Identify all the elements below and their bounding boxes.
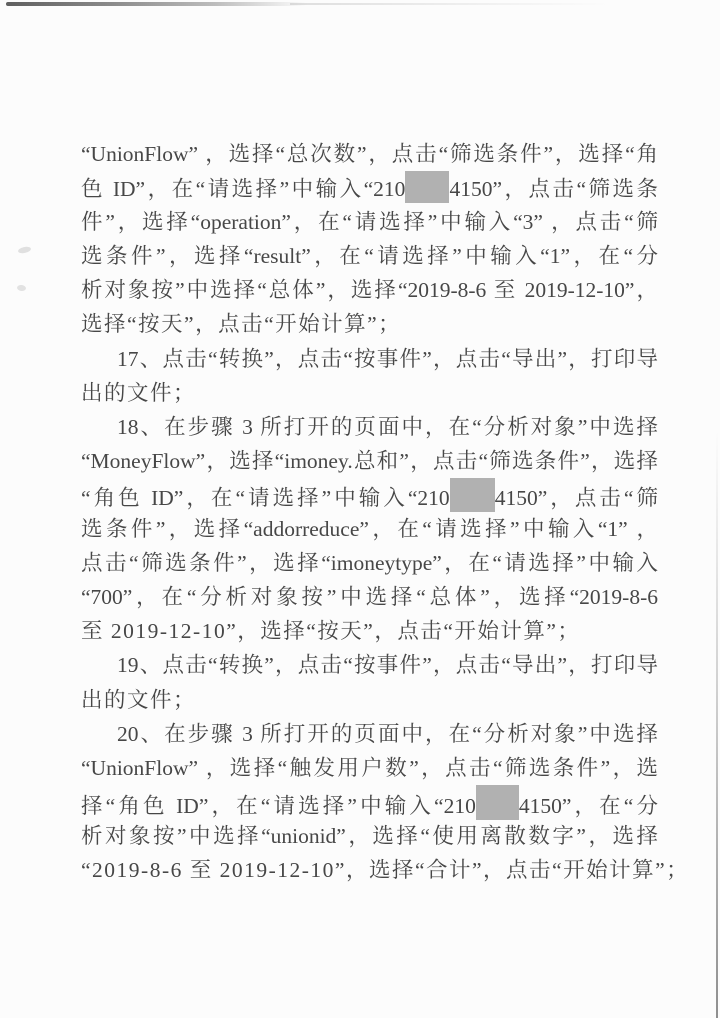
text-line: 出的文件； (81, 683, 658, 717)
text-segment: 择“角色 ID”，在“请选择”中输入“210 (81, 794, 476, 818)
text-segment: “MoneyFlow”，选择“imoney.总和”，点击“筛选条件”，选择 (81, 449, 658, 473)
text-line: “MoneyFlow”，选择“imoney.总和”，点击“筛选条件”，选择 (81, 444, 658, 478)
text-line: 至 2019-12-10”，选择“按天”，点击“开始计算”； (81, 614, 658, 648)
text-segment: 4150”，在“分 (519, 794, 658, 818)
text-line: 17、点击“转换”，点击“按事件”，点击“导出”，打印导 (81, 342, 658, 376)
paper-speck (17, 284, 27, 291)
scanner-edge-artifact-top (6, 2, 306, 6)
text-line: 出的文件； (81, 376, 658, 410)
text-line: “UnionFlow” ，选择“触发用户数”，点击“筛选条件”，选 (81, 751, 658, 785)
text-line: 析对象按”中选择“总体”，选择“2019-8-6 至 2019-12-10”， (81, 273, 658, 307)
text-line: 点击“筛选条件”，选择“imoneytype”，在“请选择”中输入 (81, 546, 658, 580)
text-line: 20、在步骤 3 所打开的页面中，在“分析对象”中选择 (81, 717, 658, 751)
text-segment: 选条件”，选择“addorreduce”，在“请选择”中输入“1” ， (81, 517, 658, 541)
paper-speck (18, 246, 32, 255)
text-line: “角色 ID”，在“请选择”中输入“2104150”，点击“筛 (81, 478, 658, 512)
text-segment: 色 ID”，在“请选择”中输入“210 (81, 177, 405, 201)
text-segment: 17、点击“转换”，点击“按事件”，点击“导出”，打印导 (117, 347, 658, 371)
text-line: 件”，选择“operation”，在“请选择”中输入“3” ，点击“筛 (81, 205, 658, 239)
text-segment: 4150”，点击“筛选条 (449, 177, 658, 201)
text-block: “UnionFlow” ，选择“总次数”，点击“筛选条件”，选择“角色 ID”，… (81, 137, 658, 887)
text-segment: 至 2019-12-10”，选择“按天”，点击“开始计算”； (81, 619, 580, 643)
redaction-box (450, 478, 495, 512)
text-segment: “角色 ID”，在“请选择”中输入“210 (81, 486, 450, 510)
text-line: 色 ID”，在“请选择”中输入“2104150”，点击“筛选条 (81, 171, 658, 205)
scanner-edge-artifact-right (716, 430, 718, 1018)
text-segment: “700”，在“分析对象按”中选择“总体”，选择“2019-8-6 (81, 585, 658, 609)
text-segment: “2019-8-6 至 2019-12-10”，选择“合计”，点击“开始计算”； (81, 858, 689, 882)
text-segment: 件”，选择“operation”，在“请选择”中输入“3” ，点击“筛 (81, 210, 658, 234)
text-segment: 析对象按”中选择“总体”，选择“2019-8-6 至 2019-12-10”， (81, 278, 658, 302)
redaction-box (476, 785, 519, 820)
text-line: 选条件”，选择“addorreduce”，在“请选择”中输入“1” ， (81, 512, 658, 546)
text-segment: 选条件”，选择“result”，在“请选择”中输入“1”，在“分 (81, 244, 658, 268)
text-line: 析对象按”中选择“unionid”，选择“使用离散数字”，选择 (81, 819, 658, 853)
text-segment: 出的文件； (81, 688, 196, 712)
text-line: 选条件”，选择“result”，在“请选择”中输入“1”，在“分 (81, 239, 658, 273)
text-segment: 20、在步骤 3 所打开的页面中，在“分析对象”中选择 (117, 722, 658, 746)
scanner-edge-artifact-top-faint (290, 3, 610, 5)
text-segment: 点击“筛选条件”，选择“imoneytype”，在“请选择”中输入 (81, 551, 658, 575)
text-segment: 18、在步骤 3 所打开的页面中，在“分析对象”中选择 (117, 415, 658, 439)
text-segment: “UnionFlow” ，选择“总次数”，点击“筛选条件”，选择“角 (81, 142, 658, 166)
text-line: “UnionFlow” ，选择“总次数”，点击“筛选条件”，选择“角 (81, 137, 658, 171)
text-segment: 析对象按”中选择“unionid”，选择“使用离散数字”，选择 (81, 824, 658, 848)
text-segment: 出的文件； (81, 381, 196, 405)
text-line: “700”，在“分析对象按”中选择“总体”，选择“2019-8-6 (81, 580, 658, 614)
text-line: “2019-8-6 至 2019-12-10”，选择“合计”，点击“开始计算”； (81, 853, 658, 887)
redaction-box (405, 171, 449, 203)
text-segment: “UnionFlow” ，选择“触发用户数”，点击“筛选条件”，选 (81, 756, 658, 780)
text-line: 择“角色 ID”，在“请选择”中输入“2104150”，在“分 (81, 785, 658, 819)
text-segment: 4150”，点击“筛 (495, 486, 658, 510)
text-segment: 选择“按天”，点击“开始计算”； (81, 312, 401, 336)
text-line: 19、点击“转换”，点击“按事件”，点击“导出”，打印导 (81, 648, 658, 682)
text-segment: 19、点击“转换”，点击“按事件”，点击“导出”，打印导 (117, 653, 658, 677)
text-line: 选择“按天”，点击“开始计算”； (81, 307, 658, 341)
text-line: 18、在步骤 3 所打开的页面中，在“分析对象”中选择 (81, 410, 658, 444)
scanned-document-page: “UnionFlow” ，选择“总次数”，点击“筛选条件”，选择“角色 ID”，… (0, 0, 720, 1018)
